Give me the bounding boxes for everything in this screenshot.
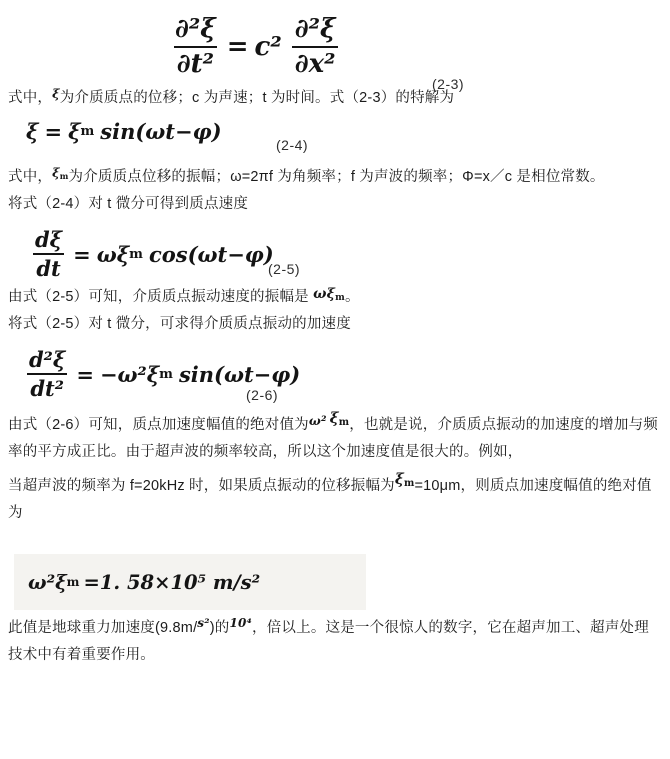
denominator: ∂t²: [174, 46, 217, 79]
xi-symbol: ξ: [52, 86, 60, 101]
text: 式中，: [8, 90, 52, 106]
equation-2-3: ∂²ξ ∂t² = c² ∂²ξ ∂x²: [170, 15, 340, 78]
numerator: d²ξ: [26, 348, 68, 373]
paragraph-8: 此值是地球重力加速度(9.8m/s²)的10⁴，倍以上。这是一个很惊人的数字，它…: [8, 610, 660, 669]
subscript-m: m: [335, 292, 345, 303]
subscript-m: m: [339, 417, 350, 428]
coefficient-c2: c²: [254, 32, 281, 62]
ten-to-fourth-symbol: 10⁴: [229, 616, 252, 630]
text: 为介质质点位移的振幅；ω=2πf 为角频率；f 为声波的频率；Φ=x／c 是相位…: [69, 169, 605, 185]
paragraph-5: 将式（2-5）对 t 微分，可求得介质质点振动的加速度: [8, 311, 660, 338]
omega-squared-symbol: ω²: [309, 413, 327, 428]
lhs: ξ: [26, 119, 38, 144]
denominator: ∂x²: [292, 46, 339, 79]
text: 由式（2-5）可知，介质质点振动速度的振幅是: [8, 289, 313, 305]
equation-2-6-block: d²ξ dt² = −ω²ξm sin(ωt−φ) (2-6): [24, 347, 660, 405]
fraction-dxi-dt: dξ dt: [32, 228, 65, 280]
fraction-dt: ∂²ξ ∂t²: [172, 15, 219, 78]
xi: ξ: [52, 165, 60, 180]
equals-sign: =: [73, 242, 91, 267]
result-value: =1. 58×10⁵ m/s²: [83, 571, 260, 594]
equation-2-5-block: dξ dt = ωξm cos(ωt−φ) (2-5): [30, 227, 660, 281]
equals-sign: =: [76, 362, 94, 387]
subscript-m: m: [60, 171, 69, 181]
equation-2-3-block: ∂²ξ ∂t² = c² ∂²ξ ∂x² (2-3): [170, 14, 660, 80]
equation-final: ω²ξm =1. 58×10⁵ m/s²: [28, 571, 260, 594]
omega-xi: ωξ: [313, 286, 335, 302]
equation-2-5: dξ dt = ωξm cos(ωt−φ): [30, 228, 274, 280]
equation-label-2-6: (2-6): [246, 387, 278, 403]
coefficient: ωξ: [97, 242, 129, 267]
equation-2-4: ξ = ξm sin(ωt−φ): [26, 119, 222, 144]
subscript-m: m: [404, 478, 415, 489]
paragraph-6: 由式（2-6）可知，质点加速度幅值的绝对值为ω²ξm，也就是说，介质质点振动的加…: [8, 405, 660, 466]
document-page: ∂²ξ ∂t² = c² ∂²ξ ∂x² (2-3) 式中，ξ为介质质点的位移；…: [0, 0, 670, 759]
subscript-m: m: [129, 247, 143, 262]
fraction-d2xi-dt2: d²ξ dt²: [26, 348, 68, 400]
xi-m-symbol: ξm: [52, 165, 68, 180]
denominator: dt²: [27, 373, 67, 400]
xi: ξ: [395, 470, 404, 488]
text: 当超声波的频率为 f=20kHz 时，如果质点振动的位移振幅为: [8, 478, 395, 494]
text: 此值是地球重力加速度(9.8m/: [8, 620, 197, 636]
coefficient: −ω²ξ: [100, 362, 159, 387]
equation-final-block: ω²ξm =1. 58×10⁵ m/s²: [14, 554, 366, 610]
paragraph-7: 当超声波的频率为 f=20kHz 时，如果质点振动的位移振幅为ξm=10μm，则…: [8, 466, 660, 527]
omega-xi-m-symbol: ωξm: [313, 286, 345, 302]
amplitude: ξ: [68, 119, 80, 144]
numerator: ∂²ξ: [292, 15, 339, 46]
equation-label-2-3: (2-3): [432, 76, 464, 92]
text: 式中，: [8, 169, 52, 185]
paragraph-1: 式中，ξ为介质质点的位移；c 为声速；t 为时间。式（2-3）的特解为: [8, 80, 660, 112]
equation-2-4-block: ξ = ξm sin(ωt−φ) (2-4): [26, 119, 660, 159]
xi-m-symbol: ξm: [330, 409, 350, 427]
numerator: ∂²ξ: [172, 15, 219, 46]
subscript-m: m: [81, 124, 95, 139]
paragraph-3: 将式（2-4）对 t 微分可得到质点速度: [8, 191, 660, 218]
denominator: dt: [33, 253, 63, 280]
sine-term: sin(ωt−φ): [100, 119, 221, 144]
lhs: ω²ξ: [28, 571, 67, 594]
paragraph-2: 式中，ξm为介质质点位移的振幅；ω=2πf 为角频率；f 为声波的频率；Φ=x／…: [8, 159, 660, 191]
s-squared-symbol: s²: [197, 616, 209, 630]
xi: ξ: [330, 409, 339, 427]
cosine-term: cos(ωt−φ): [149, 242, 274, 267]
xi-m-symbol: ξm: [395, 470, 415, 488]
fraction-dx: ∂²ξ ∂x²: [292, 15, 339, 78]
subscript-m: m: [67, 575, 80, 589]
equation-label-2-5: (2-5): [268, 261, 300, 277]
equation-label-2-4: (2-4): [276, 137, 308, 153]
subscript-m: m: [159, 367, 173, 382]
numerator: dξ: [32, 228, 65, 253]
text: )的: [210, 620, 230, 636]
equals-sign: =: [227, 32, 249, 62]
text: 。: [345, 289, 360, 305]
sine-term: sin(ωt−φ): [179, 362, 300, 387]
text: 由式（2-6）可知，质点加速度幅值的绝对值为: [8, 417, 309, 433]
paragraph-4: 由式（2-5）可知，介质质点振动速度的振幅是 ωξm。: [8, 281, 660, 311]
equals-sign: =: [44, 119, 62, 144]
text: 为介质质点的位移；c 为声速；t 为时间。式（2-3）的特解为: [60, 90, 455, 106]
